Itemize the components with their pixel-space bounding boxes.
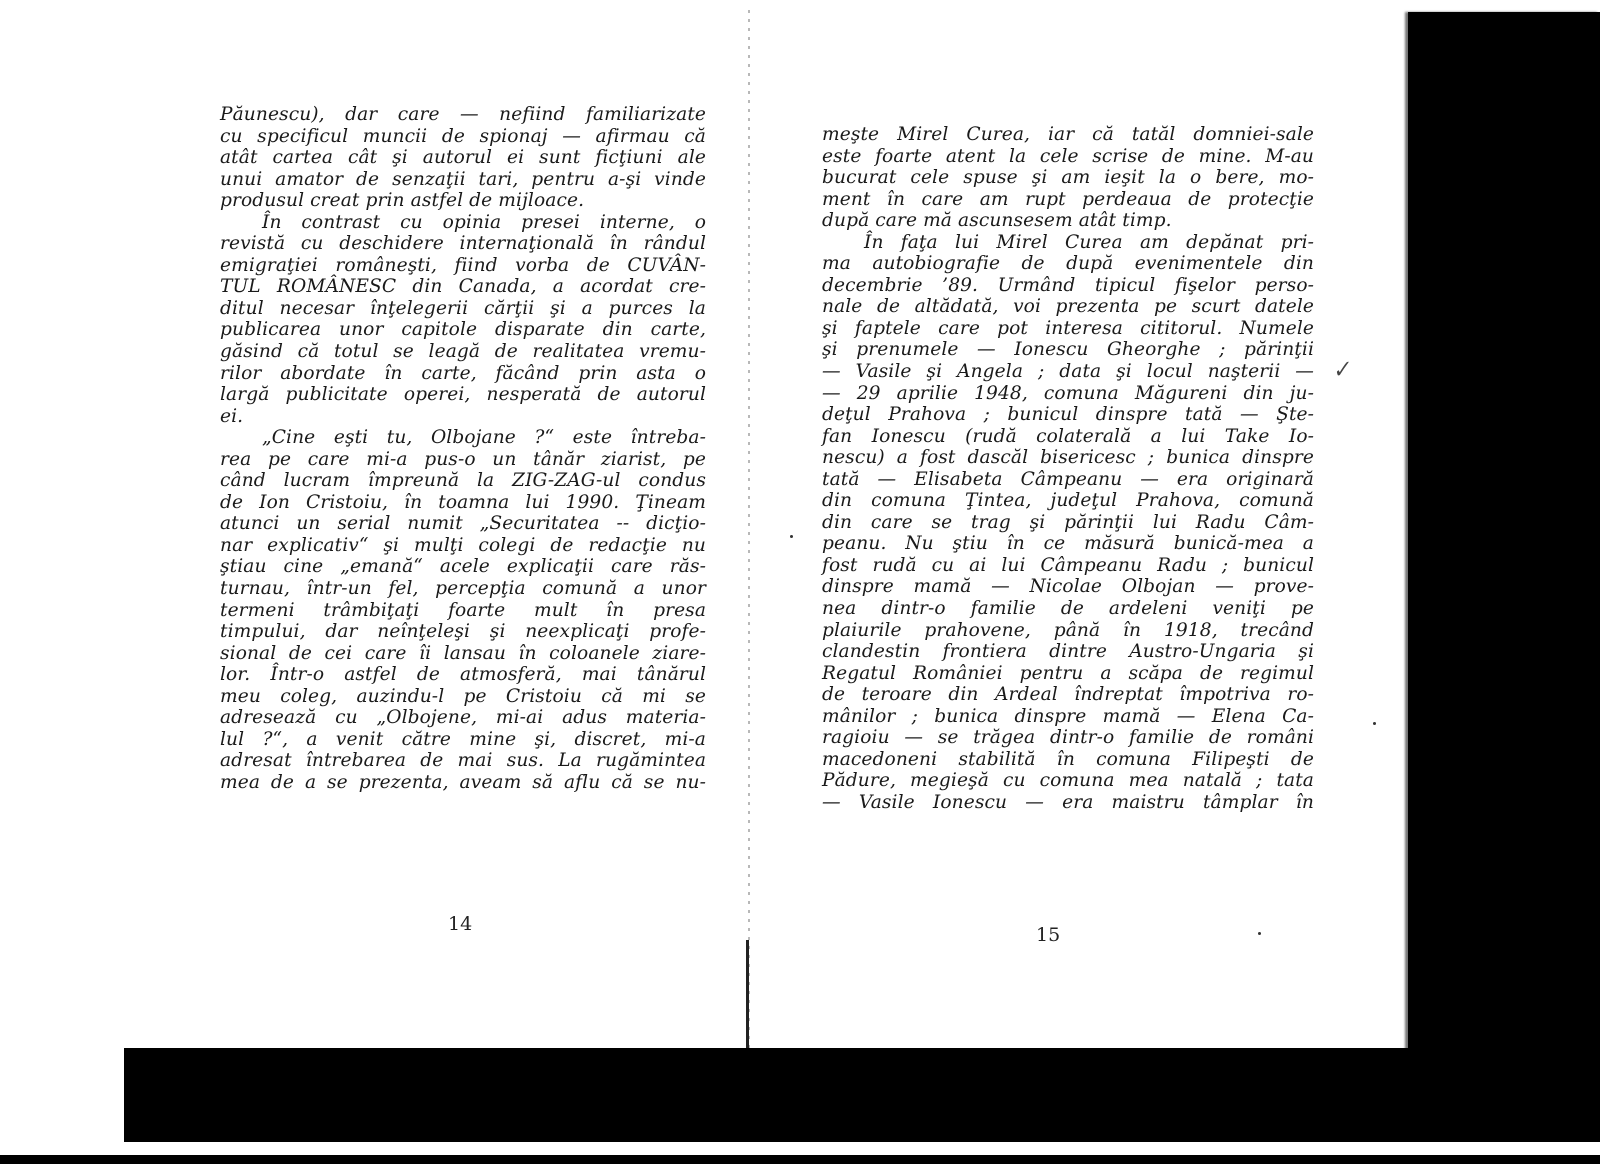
text-line: de teroare din Ardeal îndreptat împotriv… bbox=[822, 684, 1314, 706]
text-line: nea dintr-o familie de ardeleni veniţi p… bbox=[822, 598, 1314, 620]
text-line: decembrie ’89. Urmând tipicul fişelor pe… bbox=[822, 275, 1314, 297]
text-line: meşte Mirel Curea, iar că tatăl domniei-… bbox=[822, 124, 1314, 146]
text-line: mânilor ; bunica dinspre mamă — Elena Ca… bbox=[822, 706, 1314, 728]
scan-border-strip bbox=[0, 1155, 1600, 1164]
checkmark-annotation-icon: ✓ bbox=[1330, 357, 1352, 385]
text-line: ştiau cine „emană“ acele explicaţii care… bbox=[220, 556, 706, 578]
left-page-number: 14 bbox=[448, 913, 472, 935]
text-line: lul ?“, a venit către mine şi, discret, … bbox=[220, 729, 706, 751]
text-line: rilor abordate în carte, făcând prin ast… bbox=[220, 363, 706, 385]
text-line: adresat întrebarea de mai sus. La rugămi… bbox=[220, 750, 706, 772]
text-line: plaiurile prahovene, până în 1918, trecâ… bbox=[822, 620, 1314, 642]
text-line: sional de cei care îi lansau în coloanel… bbox=[220, 643, 706, 665]
book-gutter-shadow bbox=[746, 940, 749, 1050]
text-line: nescu) a fost dascăl bisericesc ; bunica… bbox=[822, 447, 1314, 469]
text-line: adresează cu „Olbojene, mi-ai adus mater… bbox=[220, 707, 706, 729]
text-line: — 29 aprilie 1948, comuna Măgureni din j… bbox=[822, 383, 1314, 405]
text-line: ma autobiografie de după evenimentele di… bbox=[822, 253, 1314, 275]
scanned-book-spread: Păunescu), dar care — nefiind familiariz… bbox=[0, 0, 1600, 1164]
text-line: unui amator de senzaţii tari, pentru a-ş… bbox=[220, 169, 706, 191]
text-line: fan Ionescu (rudă colaterală a lui Take … bbox=[822, 426, 1314, 448]
text-line: din care se trag şi părinţii lui Radu Câ… bbox=[822, 512, 1314, 534]
text-line: — Vasile şi Angela ; data şi locul naşte… bbox=[822, 361, 1314, 383]
text-line: găsind că totul se leagă de realitatea v… bbox=[220, 341, 706, 363]
text-line: Păunescu), dar care — nefiind familiariz… bbox=[220, 104, 706, 126]
text-line: ei. bbox=[220, 406, 706, 428]
scan-border-bottom bbox=[124, 1048, 1600, 1142]
text-line: emigraţiei româneşti, fiind vorba de CUV… bbox=[220, 255, 706, 277]
text-line: mea de a se prezenta, aveam să aflu că s… bbox=[220, 772, 706, 794]
text-line: „Cine eşti tu, Olbojane ?“ este întreba- bbox=[220, 427, 706, 449]
text-line: TUL ROMÂNESC din Canada, a acordat cre- bbox=[220, 276, 706, 298]
text-line: peanu. Nu ştiu în ce măsură bunică-mea a bbox=[822, 533, 1314, 555]
text-line: largă publicitate operei, nesperată de a… bbox=[220, 384, 706, 406]
text-line: lor. Într-o astfel de atmosferă, mai tân… bbox=[220, 664, 706, 686]
text-line: nale de altădată, voi prezenta pe scurt … bbox=[822, 296, 1314, 318]
scan-speck bbox=[1373, 722, 1376, 725]
text-line: publicarea unor capitole disparate din c… bbox=[220, 319, 706, 341]
text-line: În faţa lui Mirel Curea am depănat pri- bbox=[822, 232, 1314, 254]
scan-speck bbox=[1258, 932, 1261, 935]
text-line: ment în care am rupt perdeaua de protecţ… bbox=[822, 189, 1314, 211]
text-line: macedoneni stabilită în comuna Filipeşti… bbox=[822, 749, 1314, 771]
text-line: Pădure, megieşă cu comuna mea natală ; t… bbox=[822, 770, 1314, 792]
text-line: tată — Elisabeta Câmpeanu — era originar… bbox=[822, 469, 1314, 491]
text-line: din comuna Ţintea, judeţul Prahova, comu… bbox=[822, 490, 1314, 512]
text-line: cu specificul muncii de spionaj — afirma… bbox=[220, 126, 706, 148]
text-line: clandestin frontiera dintre Austro-Ungar… bbox=[822, 641, 1314, 663]
text-line: de Ion Cristoiu, în toamna lui 1990. Ţin… bbox=[220, 492, 706, 514]
text-line: În contrast cu opinia presei interne, o bbox=[220, 212, 706, 234]
right-page-number: 15 bbox=[1036, 924, 1060, 946]
scan-border-right bbox=[1408, 12, 1600, 1052]
text-line: ditul necesar înţelegerii cărţii şi a pu… bbox=[220, 298, 706, 320]
text-line: revistă cu deschidere internaţională în … bbox=[220, 233, 706, 255]
text-line: timpului, dar neînţeleşi şi neexplicaţi … bbox=[220, 621, 706, 643]
text-line: Regatul României pentru a scăpa de regim… bbox=[822, 663, 1314, 685]
text-line: meu coleg, auzindu-l pe Cristoiu că mi s… bbox=[220, 686, 706, 708]
text-line: este foarte atent la cele scrise de mine… bbox=[822, 146, 1314, 168]
right-page-text: meşte Mirel Curea, iar că tatăl domniei-… bbox=[822, 124, 1314, 814]
text-line: rea pe care mi-a pus-o un tânăr ziarist,… bbox=[220, 449, 706, 471]
left-page-text: Păunescu), dar care — nefiind familiariz… bbox=[220, 104, 706, 794]
text-line: nar explicativ“ şi mulţi colegi de redac… bbox=[220, 535, 706, 557]
book-gutter bbox=[748, 10, 750, 1050]
text-line: turnau, într-un fel, percepţia comună a … bbox=[220, 578, 706, 600]
text-line: când lucram împreună la ZIG-ZAG-ul condu… bbox=[220, 470, 706, 492]
text-line: ragioiu — se trăgea dintr-o familie de r… bbox=[822, 727, 1314, 749]
text-line: deţul Prahova ; bunicul dinspre tată — Ş… bbox=[822, 404, 1314, 426]
text-line: produsul creat prin astfel de mijloace. bbox=[220, 190, 706, 212]
text-line: atunci un serial numit „Securitatea -- d… bbox=[220, 513, 706, 535]
scan-speck bbox=[790, 535, 793, 538]
text-line: termeni trâmbiţaţi foarte mult în presa bbox=[220, 600, 706, 622]
text-line: — Vasile Ionescu — era maistru tâmplar î… bbox=[822, 792, 1314, 814]
text-line: dinspre mamă — Nicolae Olbojan — prove- bbox=[822, 576, 1314, 598]
text-line: şi faptele care pot interesa cititorul. … bbox=[822, 318, 1314, 340]
text-line: atât cartea cât şi autorul ei sunt ficţi… bbox=[220, 147, 706, 169]
text-line: fost rudă cu ai lui Câmpeanu Radu ; buni… bbox=[822, 555, 1314, 577]
text-line: după care mă ascunsesem atât timp. bbox=[822, 210, 1314, 232]
text-line: şi prenumele — Ionescu Gheorghe ; părinţ… bbox=[822, 339, 1314, 361]
text-line: bucurat cele spuse şi am ieşit la o bere… bbox=[822, 167, 1314, 189]
